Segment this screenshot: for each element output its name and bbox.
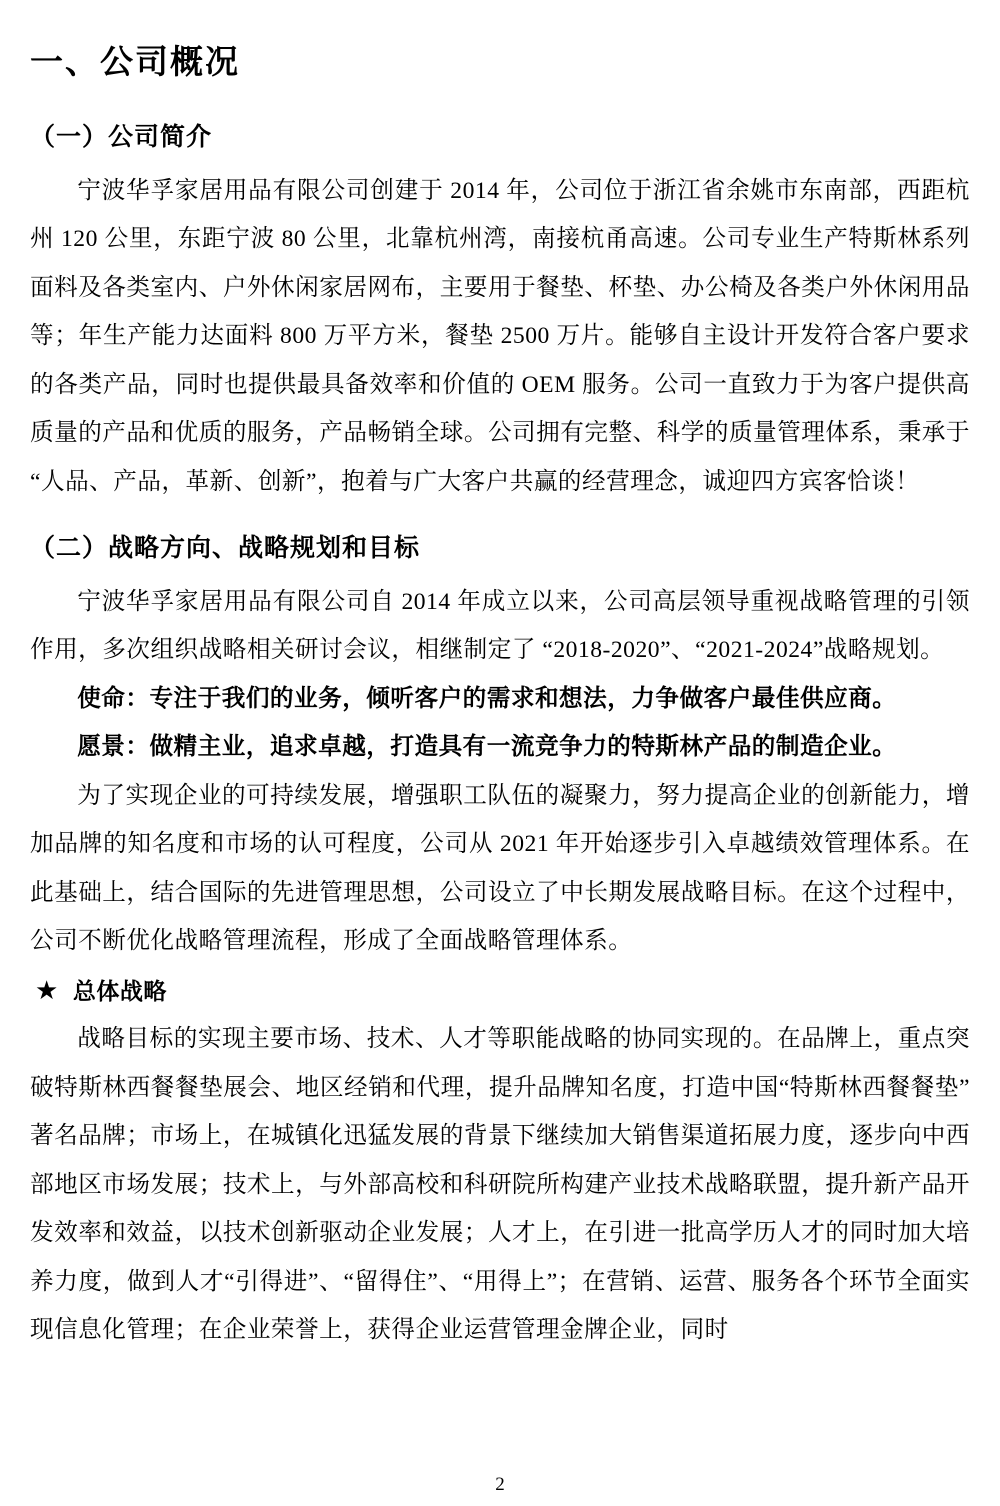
overall-strategy-label: 总体战略 xyxy=(73,978,167,1004)
paragraph-overall-strategy: 战略目标的实现主要市场、技术、人才等职能战略的协同实现的。在品牌上，重点突破特斯… xyxy=(30,1015,970,1355)
star-icon: ★ xyxy=(35,975,59,1005)
page-number: 2 xyxy=(0,1474,1000,1496)
vision-statement: 愿景：做精主业，追求卓越，打造具有一流竞争力的特斯林产品的制造企业。 xyxy=(30,723,970,772)
overall-strategy-heading: ★总体战略 xyxy=(30,966,970,1016)
paragraph-company-intro: 宁波华孚家居用品有限公司创建于 2014 年，公司位于浙江省余姚市东南部，西距杭… xyxy=(30,167,970,507)
paragraph-performance-management: 为了实现企业的可持续发展，增强职工队伍的凝聚力，努力提高企业的创新能力，增加品牌… xyxy=(30,772,970,966)
document-page: 一、公司概况 （一）公司简介 宁波华孚家居用品有限公司创建于 2014 年，公司… xyxy=(0,0,1000,1506)
page-title: 一、公司概况 xyxy=(30,42,970,85)
mission-statement: 使命：专注于我们的业务，倾听客户的需求和想法，力争做客户最佳供应商。 xyxy=(30,675,970,724)
section2-heading: （二）战略方向、战略规划和目标 xyxy=(30,532,970,566)
section1-heading: （一）公司简介 xyxy=(30,121,970,155)
paragraph-strategy-history: 宁波华孚家居用品有限公司自 2014 年成立以来，公司高层领导重视战略管理的引领… xyxy=(30,578,970,675)
